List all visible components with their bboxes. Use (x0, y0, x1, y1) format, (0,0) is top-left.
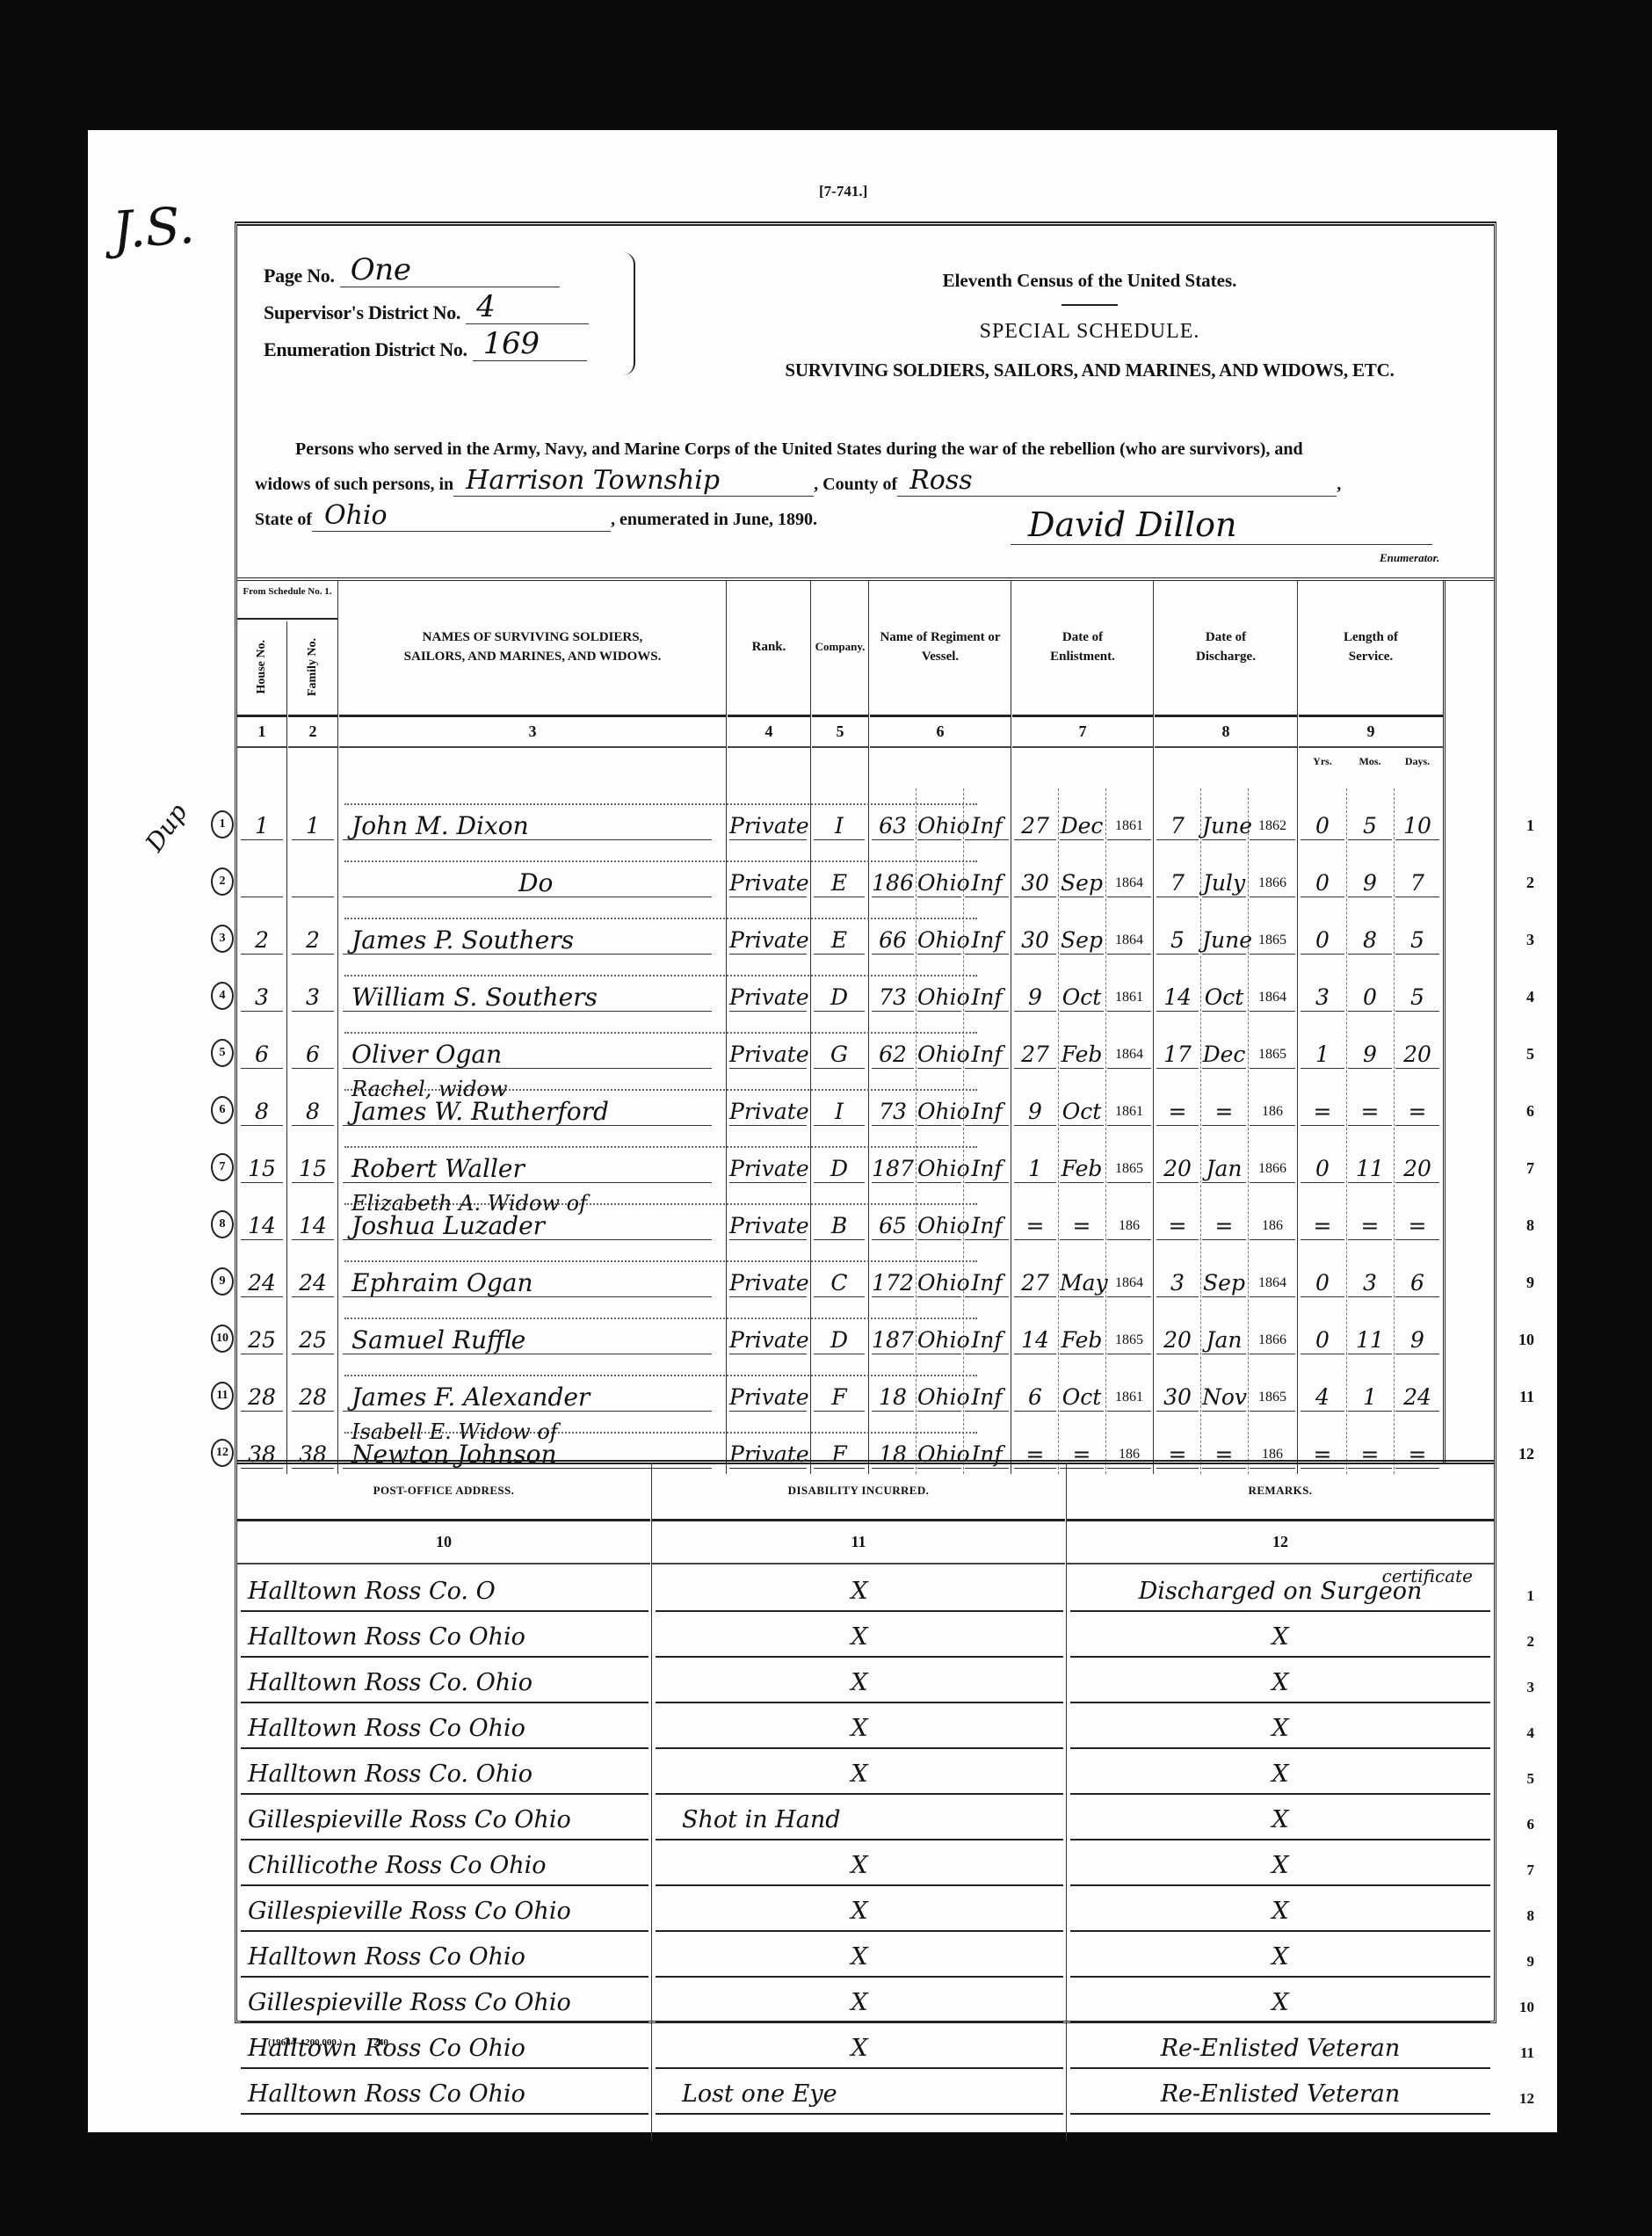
line-number: 1 (1526, 817, 1534, 835)
col-num-5: 5 (812, 715, 868, 748)
enlist-day: 30 (1014, 927, 1056, 955)
col-family-header: Family No. (288, 621, 337, 713)
regiment-state: Ohio (917, 1156, 961, 1183)
regiment-no: 186 (872, 870, 914, 897)
disability: X (656, 2029, 1063, 2069)
service-days: 5 (1395, 984, 1439, 1012)
col-regiment-header: Name of Regiment or Vessel. (870, 581, 1011, 713)
table-row: 7 15 15 Robert Waller Private D 187 Ohio… (237, 1131, 1494, 1188)
enlist-day: 30 (1014, 870, 1056, 897)
remarks: X (1070, 1617, 1490, 1658)
line-number-marker: 11 (211, 1382, 234, 1410)
company: D (814, 1156, 865, 1183)
address-disability-table: POST-OFFICE ADDRESS. DISABILITY INCURRED… (237, 1460, 1494, 1570)
house-no: 8 (241, 1099, 283, 1126)
sub-days: Days. (1394, 755, 1441, 768)
regiment-state: Ohio (917, 984, 961, 1012)
line-number: 10 (1518, 1331, 1534, 1349)
line-number: 8 (1526, 1216, 1534, 1235)
col-num-8: 8 (1155, 715, 1297, 748)
soldier-name: William S. Southers (343, 984, 712, 1012)
regiment-state: Ohio (917, 870, 961, 897)
line-number-marker: 2 (211, 868, 234, 896)
service-years: = (1301, 1213, 1344, 1240)
discharge-year: 1862 (1250, 813, 1295, 840)
col-num-6: 6 (870, 715, 1011, 748)
address-row: Halltown Ross Co Ohio X X 4 (237, 1707, 1494, 1751)
regiment-no: 73 (872, 1099, 914, 1126)
regiment-no: 172 (872, 1270, 914, 1297)
service-days: 6 (1395, 1270, 1439, 1297)
page-no-label: Page No. (264, 265, 335, 287)
family-no: 2 (292, 927, 334, 955)
col-enlistment-header: Date of Enlistment. (1012, 581, 1153, 713)
line-number: 6 (1527, 1816, 1535, 1833)
discharge-year: 186 (1250, 1213, 1295, 1240)
brace-divider (619, 252, 635, 375)
table-row: 11 28 28 James F. Alexander Private F 18… (237, 1360, 1494, 1417)
enlist-year: 1865 (1107, 1156, 1151, 1183)
sub-mos: Mos. (1346, 755, 1394, 768)
company: I (814, 1099, 865, 1126)
discharge-month: Nov (1202, 1384, 1246, 1412)
house-no: 2 (241, 927, 283, 955)
line-number: 8 (1527, 1907, 1535, 1925)
post-office-address: Halltown Ross Co Ohio (241, 1709, 648, 1749)
enlist-year: 1861 (1107, 984, 1151, 1012)
address-row: Halltown Ross Co Ohio Lost one Eye Re-En… (237, 2073, 1494, 2116)
rank: Private (729, 1213, 807, 1240)
enlist-year: 1864 (1107, 870, 1151, 897)
family-no: 24 (292, 1270, 334, 1297)
line-number-marker: 4 (211, 982, 234, 1010)
house-no: 6 (241, 1042, 283, 1069)
company: F (814, 1384, 865, 1412)
address-row: Halltown Ross Co. O X Discharged on Surg… (237, 1570, 1494, 1614)
family-no: 28 (292, 1384, 334, 1412)
line-number: 11 (1519, 1388, 1534, 1406)
line-number-marker: 6 (211, 1096, 234, 1124)
table-row: 6 Rachel, widow 8 8 James W. Rutherford … (237, 1074, 1494, 1131)
remarks-annotation: certificate (1382, 1556, 1473, 1596)
regiment-type: Inf (965, 1327, 1009, 1354)
company: I (814, 813, 865, 840)
rank: Private (729, 927, 807, 955)
service-months: 9 (1348, 1042, 1392, 1069)
line-number: 11 (1520, 2044, 1534, 2062)
disability: X (656, 1891, 1063, 1932)
regiment-state: Ohio (917, 1213, 961, 1240)
service-years: 0 (1301, 813, 1344, 840)
service-months: = (1348, 1213, 1392, 1240)
regiment-no: 73 (872, 984, 914, 1012)
line-number: 7 (1527, 1862, 1535, 1879)
title-rule (1061, 304, 1118, 306)
service-years: 3 (1301, 984, 1344, 1012)
rank: Private (729, 1270, 807, 1297)
enlist-month: Dec (1060, 813, 1104, 840)
service-years: 1 (1301, 1042, 1344, 1069)
service-years: 0 (1301, 927, 1344, 955)
regiment-type: Inf (965, 927, 1009, 955)
family-no: 14 (292, 1213, 334, 1240)
state-label: State of (255, 507, 312, 532)
schedule-subtitle: SURVIVING SOLDIERS, SAILORS, AND MARINES… (694, 359, 1485, 381)
post-office-address: Halltown Ross Co Ohio (241, 2074, 648, 2115)
remarks: X (1070, 1891, 1490, 1932)
regiment-no: 18 (872, 1384, 914, 1412)
service-months: = (1348, 1099, 1392, 1126)
service-months: 5 (1348, 813, 1392, 840)
enlist-month: Sep (1060, 927, 1104, 955)
line-number: 2 (1527, 1633, 1535, 1651)
regiment-no: 65 (872, 1213, 914, 1240)
discharge-day: 7 (1156, 870, 1199, 897)
service-years: 0 (1301, 1270, 1344, 1297)
enumerator-signature: David Dillon (1011, 505, 1432, 545)
regiment-no: 62 (872, 1042, 914, 1069)
supervisor-value: 4 (466, 290, 589, 324)
service-days: 9 (1395, 1327, 1439, 1354)
enlist-month: Sep (1060, 870, 1104, 897)
service-days: 20 (1395, 1042, 1439, 1069)
margin-annotation: J.S. (111, 195, 197, 260)
township-value: Harrison Township (453, 466, 814, 497)
sub-yrs: Yrs. (1299, 755, 1346, 768)
address-row: Gillespieville Ross Co Ohio Shot in Hand… (237, 1798, 1494, 1842)
address-row: Halltown Ross Co. Ohio X X 5 (237, 1753, 1494, 1797)
soldier-name: James W. Rutherford (343, 1099, 712, 1126)
table-row: 5 6 6 Oliver Ogan Private G 62 Ohio Inf … (237, 1017, 1494, 1074)
service-months: 1 (1348, 1384, 1392, 1412)
regiment-type: Inf (965, 1042, 1009, 1069)
address-row: Gillespieville Ross Co Ohio X X 8 (237, 1890, 1494, 1934)
from-schedule-label: From Schedule No. 1. (237, 581, 337, 620)
col-remarks-header: REMARKS. (1067, 1464, 1494, 1517)
enlist-day: 1 (1014, 1156, 1056, 1183)
address-row: Chillicothe Ross Co Ohio X X 7 (237, 1844, 1494, 1888)
rank: Private (729, 1156, 807, 1183)
persons-line-2: widows of such persons, in Harrison Town… (255, 461, 1485, 497)
company: B (814, 1213, 865, 1240)
discharge-day: 14 (1156, 984, 1199, 1012)
family-no: 8 (292, 1099, 334, 1126)
regiment-no: 187 (872, 1327, 914, 1354)
house-no: 28 (241, 1384, 283, 1412)
col-num-9: 9 (1299, 715, 1443, 748)
col-address-header: POST-OFFICE ADDRESS. (237, 1464, 650, 1517)
rank: Private (729, 870, 807, 897)
disability: X (656, 1846, 1063, 1886)
discharge-year: 186 (1250, 1099, 1295, 1126)
post-office-address: Halltown Ross Co Ohio (241, 2029, 648, 2069)
enumeration-line: Enumeration District No. 169 (264, 324, 589, 361)
regiment-type: Inf (965, 1270, 1009, 1297)
line-number: 2 (1526, 874, 1534, 892)
page-no-line: Page No. One (264, 250, 589, 287)
discharge-year: 1864 (1250, 984, 1295, 1012)
regiment-type: Inf (965, 984, 1009, 1012)
service-days: 24 (1395, 1384, 1439, 1412)
company: E (814, 927, 865, 955)
enlist-month: Oct (1060, 1384, 1104, 1412)
family-no: 3 (292, 984, 334, 1012)
table-row: 4 3 3 William S. Southers Private D 73 O… (237, 960, 1494, 1017)
soldier-name: Joshua Luzader (343, 1213, 712, 1240)
county-value: Ross (897, 466, 1337, 497)
house-no: 3 (241, 984, 283, 1012)
discharge-day: 30 (1156, 1384, 1199, 1412)
post-office-address: Gillespieville Ross Co Ohio (241, 1891, 648, 1932)
county-label: , County of (814, 472, 897, 497)
enlist-day: 27 (1014, 813, 1056, 840)
line-number: 12 (1518, 1445, 1534, 1463)
enlist-day: 6 (1014, 1384, 1056, 1412)
remarks: X (1070, 1983, 1490, 2023)
col-rank-header: Rank. (728, 581, 810, 713)
service-days: 5 (1395, 927, 1439, 955)
remarks: Re-Enlisted Veteran (1070, 2029, 1490, 2069)
remarks: X (1070, 1846, 1490, 1886)
line-number-marker: 8 (211, 1210, 234, 1238)
enlist-year: 1865 (1107, 1327, 1151, 1354)
enlist-month: Feb (1060, 1156, 1104, 1183)
enlist-year: 186 (1107, 1213, 1151, 1240)
disability: X (656, 1617, 1063, 1658)
regiment-type: Inf (965, 1384, 1009, 1412)
service-years: = (1301, 1099, 1344, 1126)
discharge-month: Jan (1202, 1156, 1246, 1183)
remarks: Discharged on Surgeoncertificate (1070, 1572, 1490, 1612)
family-no: 6 (292, 1042, 334, 1069)
service-months: 8 (1348, 927, 1392, 955)
soldier-name: Samuel Ruffle (343, 1327, 712, 1354)
house-no: 24 (241, 1270, 283, 1297)
disability: Shot in Hand (656, 1800, 1063, 1840)
discharge-month: June (1202, 813, 1246, 840)
enlist-day: = (1014, 1213, 1056, 1240)
enlist-year: 1864 (1107, 1042, 1151, 1069)
line-number-marker: 12 (211, 1439, 234, 1467)
soldier-name: Ephraim Ogan (343, 1270, 712, 1297)
house-no (241, 897, 283, 897)
discharge-year: 1864 (1250, 1270, 1295, 1297)
soldier-name: James F. Alexander (343, 1384, 712, 1412)
persons-line-1: Persons who served in the Army, Navy, an… (255, 426, 1485, 461)
line-number-marker: 10 (211, 1325, 234, 1353)
rank: Private (729, 813, 807, 840)
company: E (814, 870, 865, 897)
enlist-month: Oct (1060, 1099, 1104, 1126)
regiment-state: Ohio (917, 1042, 961, 1069)
discharge-month: July (1202, 870, 1246, 897)
enlist-year: 1864 (1107, 1270, 1151, 1297)
family-no: 1 (292, 813, 334, 840)
col-disability-header: DISABILITY INCURRED. (652, 1464, 1065, 1517)
address-row: Halltown Ross Co Ohio X X 2 (237, 1615, 1494, 1659)
service-years: 0 (1301, 1327, 1344, 1354)
regiment-no: 66 (872, 927, 914, 955)
discharge-year: 1866 (1250, 1156, 1295, 1183)
district-info: Page No. One Supervisor's District No. 4… (264, 250, 589, 361)
service-days: 10 (1395, 813, 1439, 840)
page-no-value: One (340, 253, 560, 287)
service-days: = (1395, 1213, 1439, 1240)
line-number: 5 (1527, 1770, 1535, 1788)
family-no: 15 (292, 1156, 334, 1183)
schedule-frame: Page No. One Supervisor's District No. 4… (235, 221, 1496, 2023)
disability: X (656, 1709, 1063, 1749)
enlist-month: May (1060, 1270, 1104, 1297)
special-schedule-title: SPECIAL SCHEDULE. (694, 320, 1485, 344)
address-row: Halltown Ross Co Ohio X X 9 (237, 1935, 1494, 1979)
regiment-state: Ohio (917, 1099, 961, 1126)
print-page: 240 (373, 2037, 388, 2048)
service-months: 11 (1348, 1156, 1392, 1183)
line-number-marker: 9 (211, 1267, 234, 1296)
post-office-address: Chillicothe Ross Co Ohio (241, 1846, 648, 1886)
table-header: From Schedule No. 1. House No. Family No… (237, 577, 1494, 788)
line-number: 6 (1526, 1102, 1534, 1121)
disability: X (656, 1983, 1063, 2023)
discharge-month: June (1202, 927, 1246, 955)
service-days: 7 (1395, 870, 1439, 897)
line-number: 10 (1519, 1999, 1534, 2016)
discharge-month: Dec (1202, 1042, 1246, 1069)
service-years: 4 (1301, 1384, 1344, 1412)
post-office-address: Gillespieville Ross Co Ohio (241, 1800, 648, 1840)
regiment-type: Inf (965, 1099, 1009, 1126)
col-num-11: 11 (652, 1519, 1065, 1564)
disability: X (656, 1937, 1063, 1978)
rank: Private (729, 1042, 807, 1069)
print-code: (19644—200,000.)240 (268, 2037, 388, 2048)
col-names-header: NAMES OF SURVIVING SOLDIERS, SAILORS, AN… (339, 581, 726, 713)
disability: X (656, 1754, 1063, 1795)
col-num-2: 2 (288, 715, 337, 748)
service-months: 11 (1348, 1327, 1392, 1354)
address-row: Gillespieville Ross Co Ohio X X 10 (237, 1981, 1494, 2025)
remarks: X (1070, 1663, 1490, 1703)
discharge-month: = (1202, 1099, 1246, 1126)
discharge-day: 20 (1156, 1327, 1199, 1354)
enumeration-value: 169 (473, 327, 587, 361)
lower-table-header: POST-OFFICE ADDRESS. DISABILITY INCURRED… (237, 1464, 1494, 1570)
enlist-year: 1861 (1107, 813, 1151, 840)
discharge-day: = (1156, 1213, 1199, 1240)
house-no: 25 (241, 1327, 283, 1354)
table-row: 9 24 24 Ephraim Ogan Private C 172 Ohio … (237, 1245, 1494, 1303)
enlist-day: 14 (1014, 1327, 1056, 1354)
table-row: 2 Do Private E 186 Ohio Inf 30 Sep 1864 … (237, 846, 1494, 903)
family-no: 25 (292, 1327, 334, 1354)
service-months: 3 (1348, 1270, 1392, 1297)
line-number: 3 (1527, 1679, 1535, 1696)
enumeration-label: Enumeration District No. (264, 338, 467, 361)
soldier-name: John M. Dixon (343, 813, 712, 840)
enlist-day: 9 (1014, 1099, 1056, 1126)
service-months: 0 (1348, 984, 1392, 1012)
enlist-month: Oct (1060, 984, 1104, 1012)
post-office-address: Halltown Ross Co. Ohio (241, 1663, 648, 1703)
discharge-month: Jan (1202, 1327, 1246, 1354)
table-row: 1 1 1 John M. Dixon Private I 63 Ohio In… (237, 788, 1494, 846)
col-num-10: 10 (237, 1519, 650, 1564)
col-num-1: 1 (237, 715, 286, 748)
post-office-address: Halltown Ross Co Ohio (241, 1617, 648, 1658)
address-row: Halltown Ross Co. Ohio X X 3 (237, 1661, 1494, 1705)
discharge-year: 1866 (1250, 870, 1295, 897)
col-num-7: 7 (1012, 715, 1153, 748)
disability: X (656, 1572, 1063, 1612)
supervisor-line: Supervisor's District No. 4 (264, 287, 589, 324)
house-no: 15 (241, 1156, 283, 1183)
regiment-no: 187 (872, 1156, 914, 1183)
soldier-name: Oliver Ogan (343, 1042, 712, 1069)
enlist-day: 27 (1014, 1042, 1056, 1069)
discharge-year: 1865 (1250, 927, 1295, 955)
address-row: Halltown Ross Co Ohio X Re-Enlisted Vete… (237, 2027, 1494, 2071)
discharge-day: 7 (1156, 813, 1199, 840)
regiment-type: Inf (965, 870, 1009, 897)
line-number-marker: 5 (211, 1039, 234, 1067)
enlist-month: = (1060, 1213, 1104, 1240)
line-number: 7 (1526, 1159, 1534, 1178)
remarks: X (1070, 1754, 1490, 1795)
line-number: 9 (1526, 1274, 1534, 1292)
regiment-type: Inf (965, 1156, 1009, 1183)
discharge-day: = (1156, 1099, 1199, 1126)
post-office-address: Gillespieville Ross Co Ohio (241, 1983, 648, 2023)
discharge-day: 20 (1156, 1156, 1199, 1183)
discharge-year: 1866 (1250, 1327, 1295, 1354)
service-days: = (1395, 1099, 1439, 1126)
line-number: 4 (1526, 988, 1534, 1006)
service-months: 9 (1348, 870, 1392, 897)
discharge-month: Sep (1202, 1270, 1246, 1297)
rank: Private (729, 984, 807, 1012)
soldier-name: Do (343, 870, 712, 897)
col-discharge-header: Date of Discharge. (1155, 581, 1297, 713)
post-office-address: Halltown Ross Co Ohio (241, 1937, 648, 1978)
line-number: 1 (1527, 1587, 1535, 1605)
discharge-year: 1865 (1250, 1042, 1295, 1069)
company: D (814, 1327, 865, 1354)
enumerated-label: , enumerated in June, 1890. (611, 507, 817, 532)
census-title: Eleventh Census of the United States. (694, 270, 1485, 292)
remarks: X (1070, 1800, 1490, 1840)
line-number-marker: 7 (211, 1153, 234, 1181)
line-number: 3 (1526, 931, 1534, 949)
regiment-state: Ohio (917, 1270, 961, 1297)
house-no: 14 (241, 1213, 283, 1240)
rank: Private (729, 1099, 807, 1126)
company: C (814, 1270, 865, 1297)
company: G (814, 1042, 865, 1069)
rank: Private (729, 1384, 807, 1412)
service-years: 0 (1301, 870, 1344, 897)
supervisor-label: Supervisor's District No. (264, 301, 460, 324)
regiment-type: Inf (965, 1213, 1009, 1240)
rank: Private (729, 1327, 807, 1354)
table-row: 8 Elizabeth A. Widow of 14 14 Joshua Luz… (237, 1188, 1494, 1245)
col-company-header: Company. (812, 581, 868, 713)
regiment-state: Ohio (917, 927, 961, 955)
service-days: 20 (1395, 1156, 1439, 1183)
enlist-year: 1861 (1107, 1099, 1151, 1126)
col-house-header: House No. (237, 621, 286, 713)
company: D (814, 984, 865, 1012)
